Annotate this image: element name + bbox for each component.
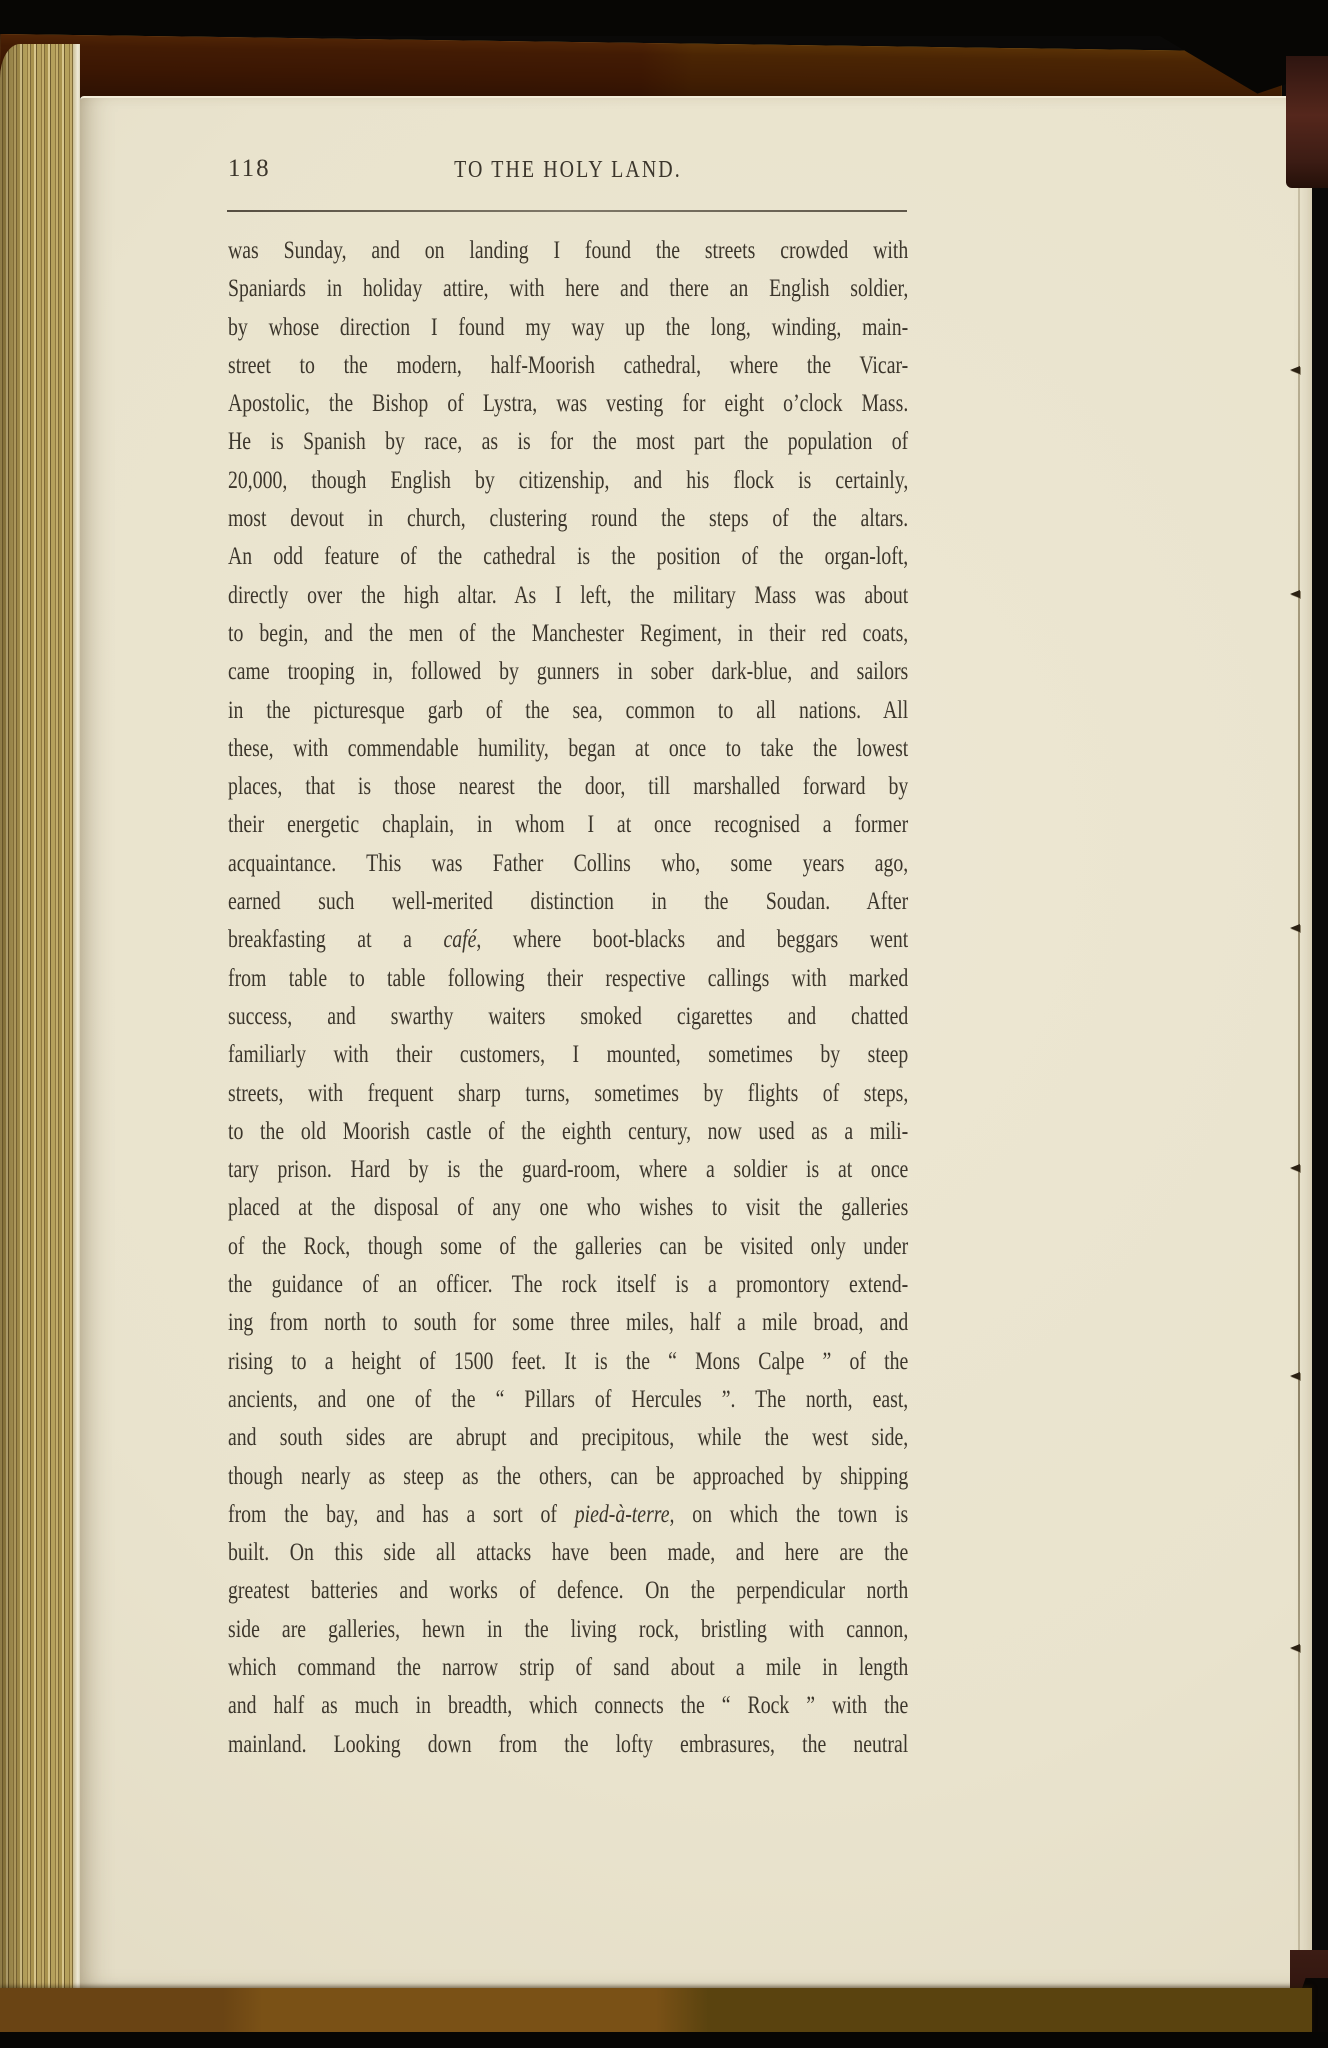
text-line: their energetic chaplain, in whom I at o… (228, 806, 908, 844)
text-line: and half as much in breadth, which conne… (228, 1687, 908, 1725)
header-rule (227, 210, 907, 212)
book-cover-bottom-edge (0, 1988, 1312, 2034)
text-line: and south sides are abrupt and precipito… (228, 1419, 908, 1457)
text-line: came trooping in, followed by gunners in… (228, 653, 908, 691)
binding-mark (1290, 590, 1300, 598)
background-top (0, 0, 1328, 36)
text-line: ing from north to south for some three m… (228, 1304, 908, 1342)
text-line: from table to table following their resp… (228, 960, 908, 998)
text-line: streets, with frequent sharp turns, some… (228, 1075, 908, 1113)
page-right-edge (1298, 122, 1300, 1968)
text-line: 20,000, though English by citizenship, a… (228, 462, 908, 500)
text-line: though nearly as steep as the others, ca… (228, 1458, 908, 1496)
binding-mark (1290, 1644, 1300, 1652)
text-line: places, that is those nearest the door, … (228, 768, 908, 806)
text-line: side are galleries, hewn in the living r… (228, 1611, 908, 1649)
body-text: was Sunday, and on landing I found the s… (228, 232, 908, 1764)
text-line: tary prison. Hard by is the guard-room, … (228, 1151, 908, 1189)
text-line: placed at the disposal of any one who wi… (228, 1189, 908, 1227)
text-line: familiarly with their customers, I mount… (228, 1036, 908, 1074)
background-bottom (0, 2032, 1328, 2048)
text-line: breakfasting at a café, where boot-black… (228, 921, 908, 959)
text-line: to begin, and the men of the Manchester … (228, 615, 908, 653)
text-line: ancients, and one of the “ Pillars of He… (228, 1381, 908, 1419)
running-title: TO THE HOLY LAND. (286, 157, 850, 184)
text-line: by whose direction I found my way up the… (228, 309, 908, 347)
text-line: greatest batteries and works of defence.… (228, 1572, 908, 1610)
text-line: He is Spanish by race, as is for the mos… (228, 423, 908, 461)
text-line: from the bay, and has a sort of pied-à-t… (228, 1496, 908, 1534)
text-line: to the old Moorish castle of the eighth … (228, 1113, 908, 1151)
text-line: of the Rock, though some of the gallerie… (228, 1228, 908, 1266)
text-line: directly over the high altar. As I left,… (228, 577, 908, 615)
text-line: in the picturesque garb of the sea, comm… (228, 692, 908, 730)
binding-mark (1290, 1372, 1300, 1380)
text-line: rising to a height of 1500 feet. It is t… (228, 1343, 908, 1381)
text-line: success, and swarthy waiters smoked ciga… (228, 998, 908, 1036)
page-number: 118 (228, 155, 271, 183)
text-line: Apostolic, the Bishop of Lystra, was ves… (228, 385, 908, 423)
text-line: earned such well-merited distinction in … (228, 883, 908, 921)
binding-mark (1290, 1164, 1300, 1172)
page-stack-fore-edge (0, 44, 80, 1992)
text-line: most devout in church, clustering round … (228, 500, 908, 538)
binding-mark (1290, 924, 1300, 932)
spine-edge-top (1286, 56, 1328, 188)
text-line: street to the modern, half-Moorish cathe… (228, 347, 908, 385)
text-line: An odd feature of the cathedral is the p… (228, 538, 908, 576)
text-line: mainland. Looking down from the lofty em… (228, 1726, 908, 1764)
book-page: 118 TO THE HOLY LAND. was Sunday, and on… (80, 96, 1312, 1992)
text-line: acquaintance. This was Father Collins wh… (228, 845, 908, 883)
text-line: was Sunday, and on landing I found the s… (228, 232, 908, 270)
book-photo: 118 TO THE HOLY LAND. was Sunday, and on… (0, 0, 1328, 2048)
text-line: the guidance of an officer. The rock its… (228, 1266, 908, 1304)
text-line: which command the narrow strip of sand a… (228, 1649, 908, 1687)
binding-mark (1290, 366, 1300, 374)
text-line: built. On this side all attacks have bee… (228, 1534, 908, 1572)
text-line: these, with commendable humility, began … (228, 730, 908, 768)
text-line: Spaniards in holiday attire, with here a… (228, 270, 908, 308)
